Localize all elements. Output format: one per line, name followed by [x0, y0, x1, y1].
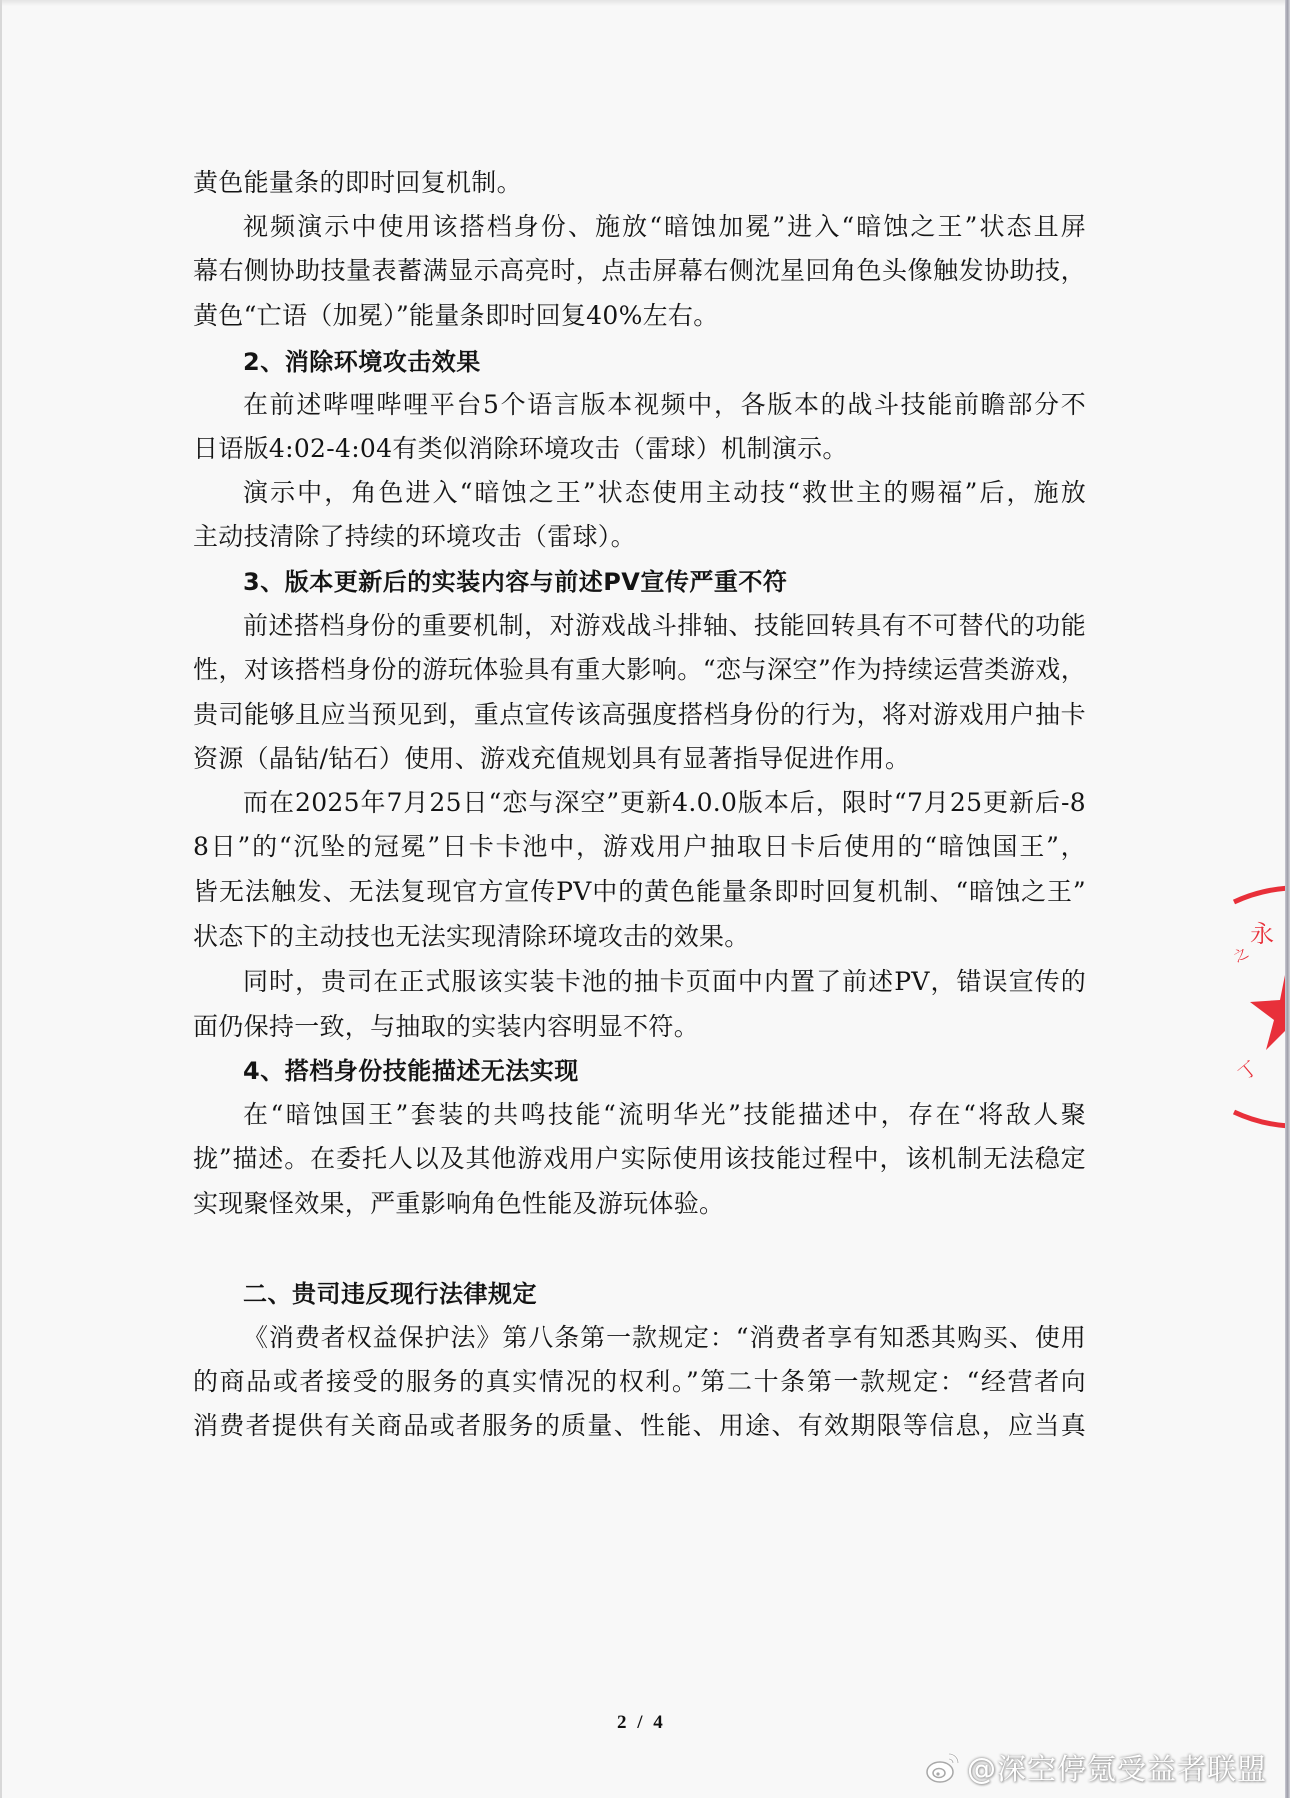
paragraph-line: 皆无法触发、无法复现官方宣传PV中的黄色能量条即时回复机制、“暗蚀之王” — [193, 877, 1086, 907]
paragraph-line: 拢”描述。在委托人以及其他游戏用户实际使用该技能过程中，该机制无法稳定 — [193, 1144, 1086, 1174]
paragraph-line: 实现聚怪效果，严重影响角色性能及游玩体验。 — [193, 1189, 1086, 1219]
seal-icon: 永 之 丁 — [1230, 880, 1286, 1132]
section-heading: 4、搭档身份技能描述无法实现 — [243, 1056, 579, 1086]
section-heading: 3、版本更新后的实装内容与前述PV宣传严重不符 — [243, 567, 787, 597]
paragraph-line: 8日”的“沉坠的冠冕”日卡卡池中，游戏用户抽取日卡后使用的“暗蚀国王”， — [193, 832, 1086, 862]
scan-right-edge — [1285, 0, 1290, 1798]
scan-left-edge — [0, 0, 2, 1798]
paragraph-line: 日语版4:02-4:04有类似消除环境攻击（雷球）机制演示。 — [193, 434, 1086, 464]
scan-top-edge — [0, 0, 1290, 6]
paragraph-line: 黄色能量条的即时回复机制。 — [193, 168, 1086, 198]
paragraph-line: 的商品或者接受的服务的真实情况的权利。”第二十条第一款规定：“经营者向 — [193, 1367, 1086, 1397]
paragraph-line: 《消费者权益保护法》第八条第一款规定：“消费者享有知悉其购买、使用 — [243, 1323, 1086, 1353]
paragraph-line: 演示中，角色进入“暗蚀之王”状态使用主动技“救世主的赐福”后，施放 — [243, 478, 1086, 508]
paragraph-line: 而在2025年7月25日“恋与深空”更新4.0.0版本后，限时“7月25更新后-… — [243, 788, 1086, 818]
paragraph-line: 主动技清除了持续的环境攻击（雷球）。 — [193, 522, 1086, 552]
watermark-text: @深空停氪受益者联盟 — [967, 1747, 1267, 1788]
weibo-watermark: @深空停氪受益者联盟 — [925, 1744, 1267, 1790]
paragraph-line: 在“暗蚀国王”套装的共鸣技能“流明华光”技能描述中，存在“将敌人聚 — [243, 1100, 1086, 1130]
paragraph-line: 性，对该搭档身份的游玩体验具有重大影响。“恋与深空”作为持续运营类游戏， — [193, 655, 1086, 685]
paragraph-line: 面仍保持一致，与抽取的实装内容明显不符。 — [193, 1012, 1086, 1042]
page-number: 2 / 4 — [617, 1712, 666, 1734]
paragraph-line: 消费者提供有关商品或者服务的质量、性能、用途、有效期限等信息，应当真实、 — [193, 1411, 1086, 1441]
paragraph-line: 状态下的主动技也无法实现清除环境攻击的效果。 — [193, 922, 1086, 952]
svg-text:丁: 丁 — [1235, 1057, 1262, 1085]
paragraph-line: 在前述哔哩哔哩平台5个语言版本视频中，各版本的战斗技能前瞻部分不同， — [243, 390, 1086, 420]
paragraph-line: 贵司能够且应当预见到，重点宣传该高强度搭档身份的行为，将对游戏用户抽卡 — [193, 700, 1086, 730]
section-heading: 2、消除环境攻击效果 — [243, 347, 481, 377]
weibo-icon — [925, 1750, 961, 1784]
paragraph-line: 同时，贵司在正式服该实装卡池的抽卡页面中内置了前述PV，错误宣传的画 — [243, 967, 1086, 997]
paragraph-line: 黄色“亡语（加冕）”能量条即时回复40%左右。 — [193, 301, 1086, 331]
paragraph-line: 幕右侧协助技量表蓄满显示高亮时，点击屏幕右侧沈星回角色头像触发协助技， — [193, 256, 1086, 286]
paragraph-line: 前述搭档身份的重要机制，对游戏战斗排轴、技能回转具有不可替代的功能 — [243, 611, 1086, 641]
paragraph-line: 资源（晶钻/钻石）使用、游戏充值规划具有显著指导促进作用。 — [193, 744, 1086, 774]
paragraph-line: 视频演示中使用该搭档身份、施放“暗蚀加冕”进入“暗蚀之王”状态且屏 — [243, 212, 1086, 242]
svg-text:之: 之 — [1231, 945, 1251, 966]
stamp-char: 永 — [1250, 920, 1274, 948]
red-seal-stamp: 永 之 丁 — [1230, 880, 1286, 1132]
section-heading: 二、贵司违反现行法律规定 — [243, 1279, 537, 1309]
